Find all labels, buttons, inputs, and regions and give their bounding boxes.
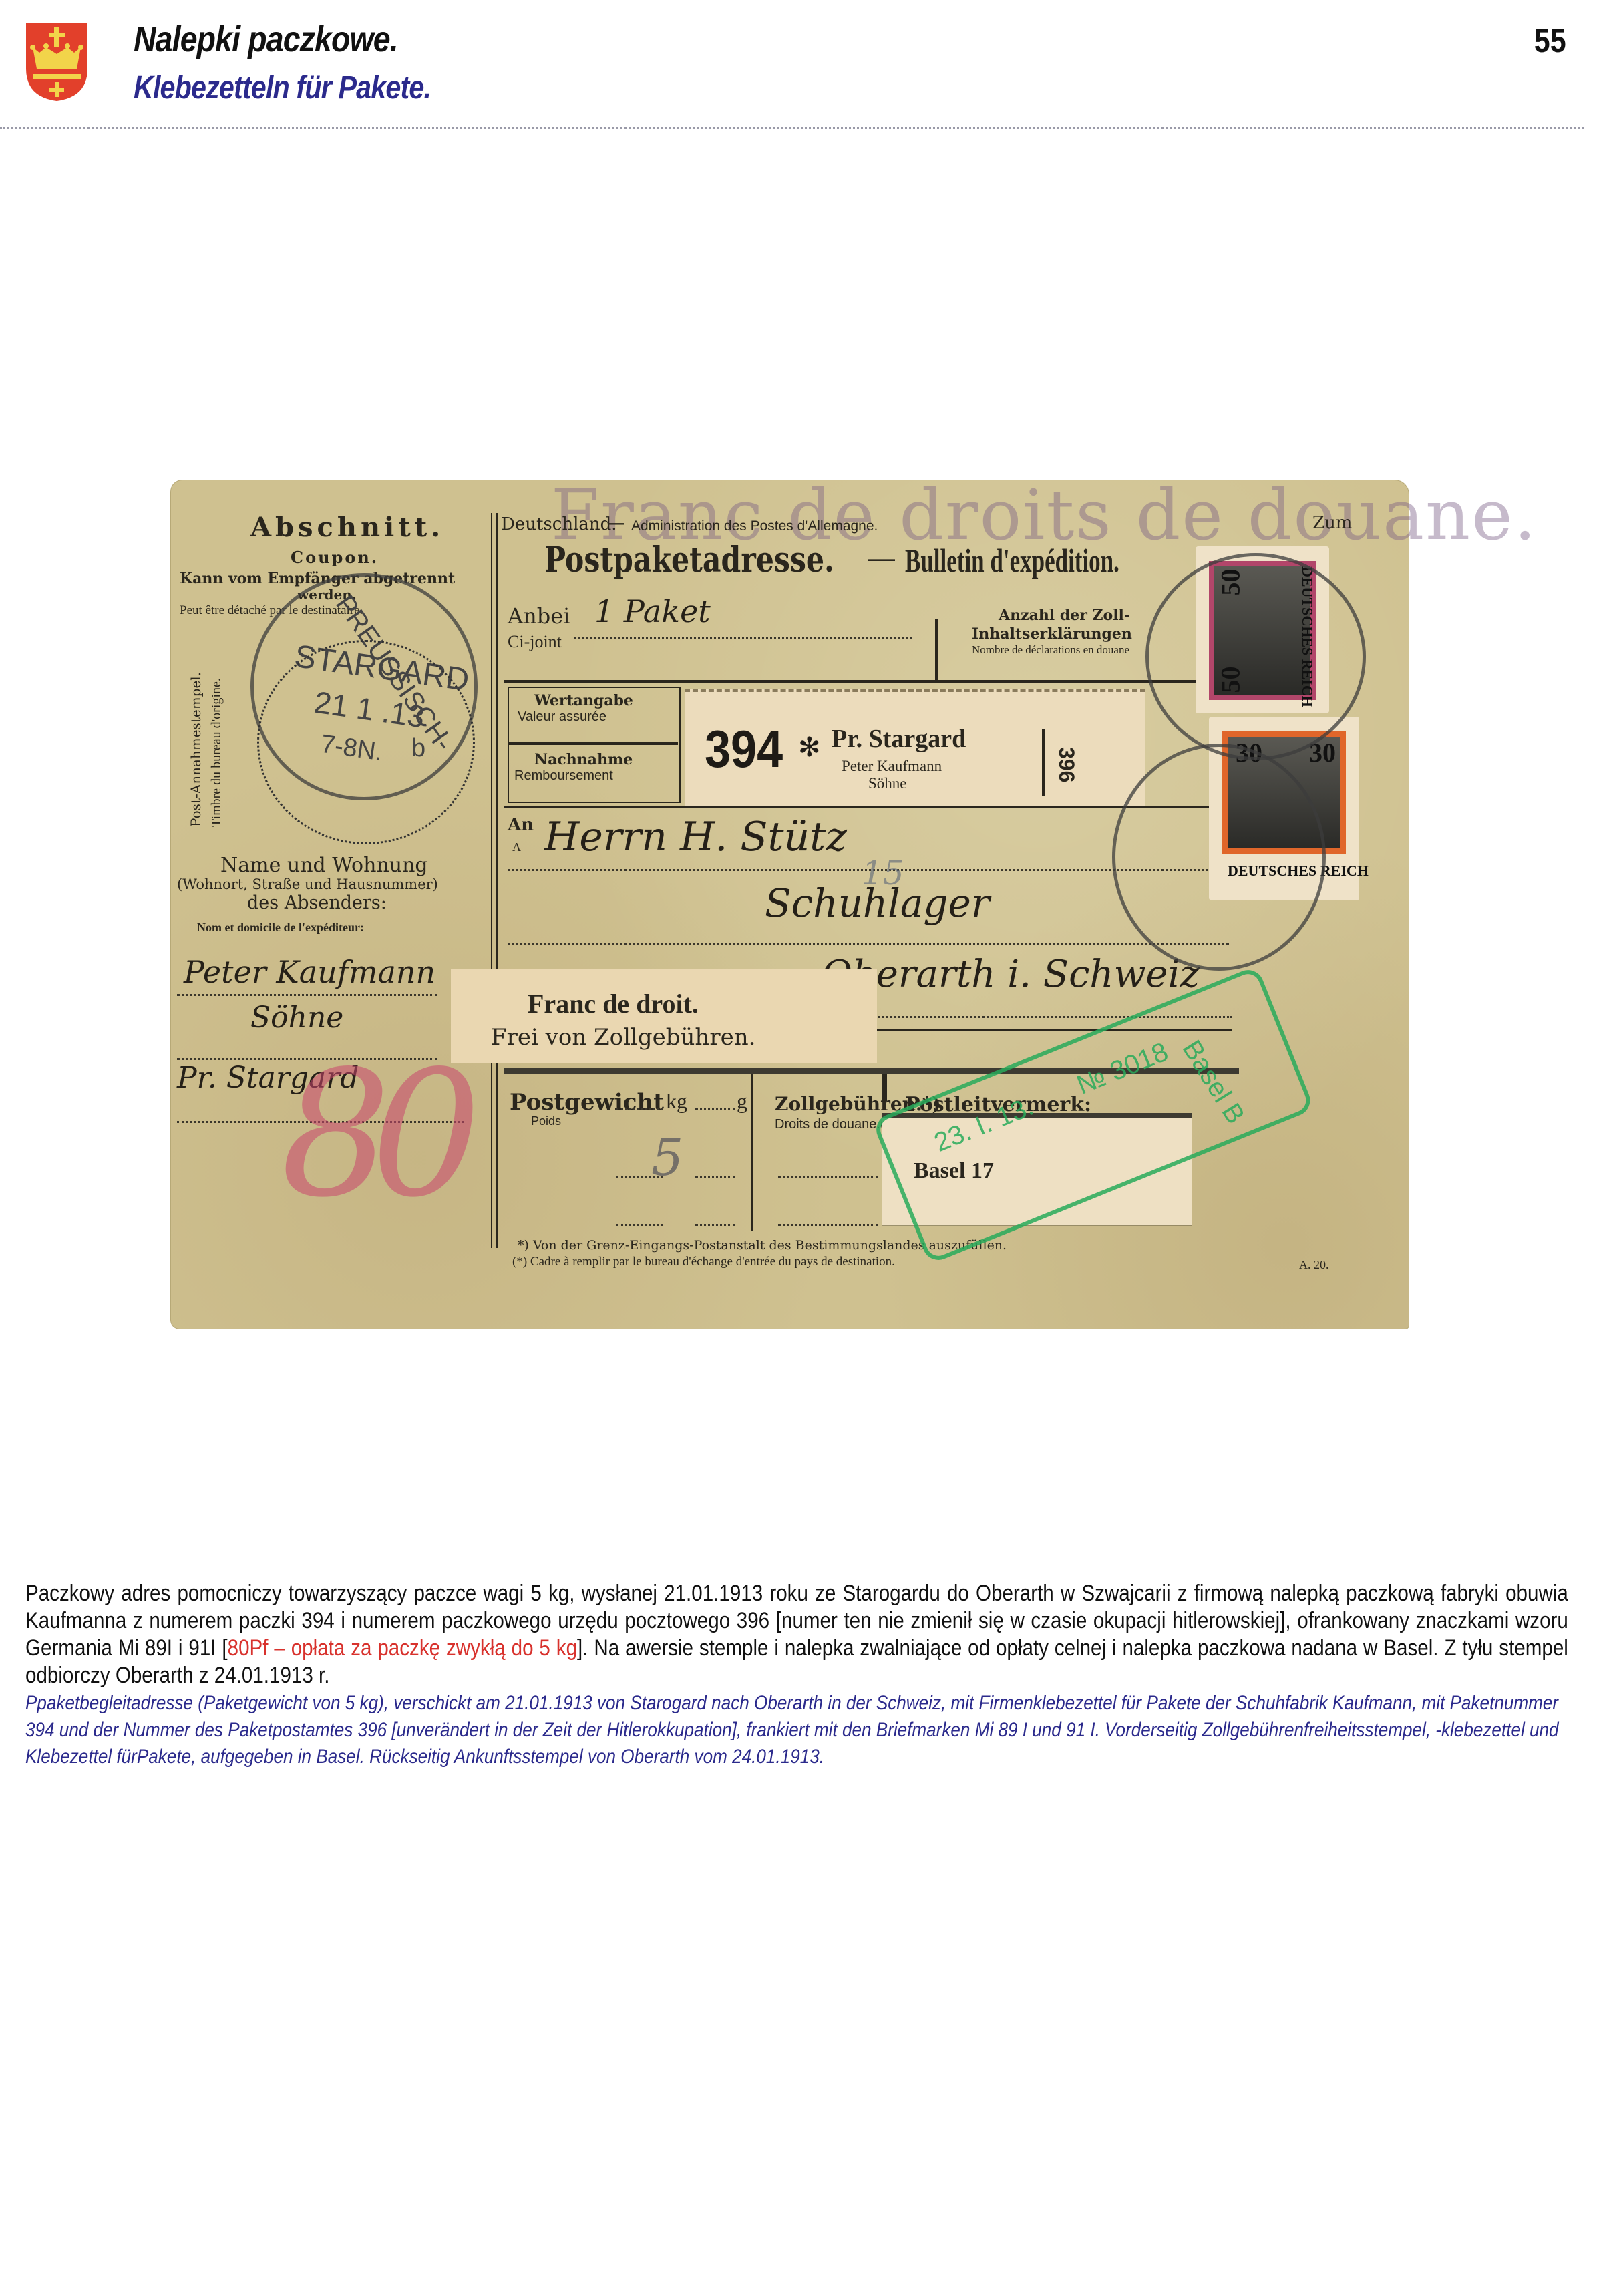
pencil-note: 15	[862, 854, 904, 892]
form-header-fr: Administration des Postes d'Allemagne.	[631, 518, 878, 534]
value-label-fr: Valeur assurée	[518, 709, 606, 725]
anbei-label: Anbei	[508, 603, 570, 629]
franc-de-droit-label: Franc de droit. Frei von Zollgebühren.	[451, 969, 877, 1063]
sender-heading2: (Wohnort, Straße und Hausnummer)	[177, 876, 438, 892]
parcel-card: Franc de droits de douane. Abschnitt. Co…	[170, 480, 1409, 1329]
page-title-de: Klebezetteln für Pakete.	[134, 69, 431, 106]
weight-label-fr: Poids	[531, 1114, 561, 1128]
crest-icon	[23, 22, 90, 102]
office-number: 396	[1054, 747, 1079, 782]
sender-line1	[177, 994, 437, 996]
red-crayon-note: 80	[281, 1034, 462, 1236]
franc-line2: Frei von Zollgebühren.	[491, 1024, 755, 1051]
description-pl: Paczkowy adres pomocniczy towarzyszący p…	[25, 1580, 1568, 1689]
description-de: Ppaketbegleitadresse (Paketgewicht von 5…	[25, 1690, 1568, 1770]
a-label: A	[512, 840, 521, 854]
anbei-value: 1 Paket	[594, 593, 711, 629]
page-number: 55	[1534, 21, 1566, 60]
recipient-line3: Oberarth i. Schweiz	[822, 953, 1200, 996]
recipient-name: Herrn H. Stütz	[544, 814, 847, 860]
form-title-fr: Bulletin d'expédition.	[905, 541, 1119, 580]
star-icon: ✻	[798, 732, 821, 763]
g-label: g	[737, 1089, 747, 1114]
postmark-stamp-50	[1145, 553, 1366, 760]
weight-label-de: Postgewicht	[510, 1089, 664, 1116]
page-title-pl: Nalepki paczkowe.	[134, 19, 398, 60]
parcel-firm2: Söhne	[868, 775, 907, 792]
sender-heading-fr: Nom et domicile de l'expéditeur:	[197, 921, 364, 935]
coupon-subtitle: Coupon.	[291, 548, 379, 567]
dotted-stamp-circle	[257, 640, 475, 844]
form-number: A. 20.	[1299, 1258, 1329, 1272]
postmark-stamp-30	[1112, 744, 1326, 971]
footnote-fr: (*) Cadre à remplir par le bureau d'écha…	[512, 1255, 895, 1269]
form-title-de: Postpaketadresse.	[544, 540, 834, 581]
coupon-separator	[491, 513, 492, 1248]
description-pl-highlight: 80Pf – opłata za paczkę zwykłą do 5 kg	[228, 1635, 577, 1661]
customs-count-de1: Anzahl der Zoll-	[999, 607, 1130, 624]
customs-count-de2: Inhaltserklärungen	[972, 625, 1132, 643]
parcel-number-label: 394 ✻ Pr. Stargard Peter Kaufmann Söhne …	[685, 689, 1145, 806]
form-header-de: Deutschland.	[501, 514, 617, 534]
parcel-office: Pr. Stargard	[832, 724, 966, 754]
header-divider	[0, 127, 1584, 129]
sender-heading3: des Absenders:	[247, 892, 387, 913]
parcel-firm1: Peter Kaufmann	[842, 758, 942, 775]
coupon-vertical2: Timbre du bureau d'origine.	[209, 678, 224, 827]
customs-count-fr: Nombre de déclarations en douane	[972, 643, 1129, 657]
sender-firm: Söhne	[250, 1001, 343, 1035]
coupon-vertical1: Post-Annahmestempel.	[188, 672, 204, 827]
cod-label-de: Nachnahme	[534, 751, 633, 768]
an-label: An	[508, 815, 534, 835]
zum-label: Zum	[1312, 513, 1352, 533]
value-label-de: Wertangabe	[534, 692, 633, 709]
parcel-number: 394	[705, 719, 783, 780]
sender-name: Peter Kaufmann	[184, 954, 435, 990]
kg-label: kg	[666, 1089, 687, 1114]
franc-line1: Franc de droit.	[528, 988, 699, 1019]
cijoint-label: Ci-joint	[508, 632, 562, 652]
cod-label-fr: Remboursement	[514, 768, 613, 784]
coupon-title: Abschnitt.	[250, 512, 444, 543]
sender-heading1: Name und Wohnung	[220, 854, 428, 877]
